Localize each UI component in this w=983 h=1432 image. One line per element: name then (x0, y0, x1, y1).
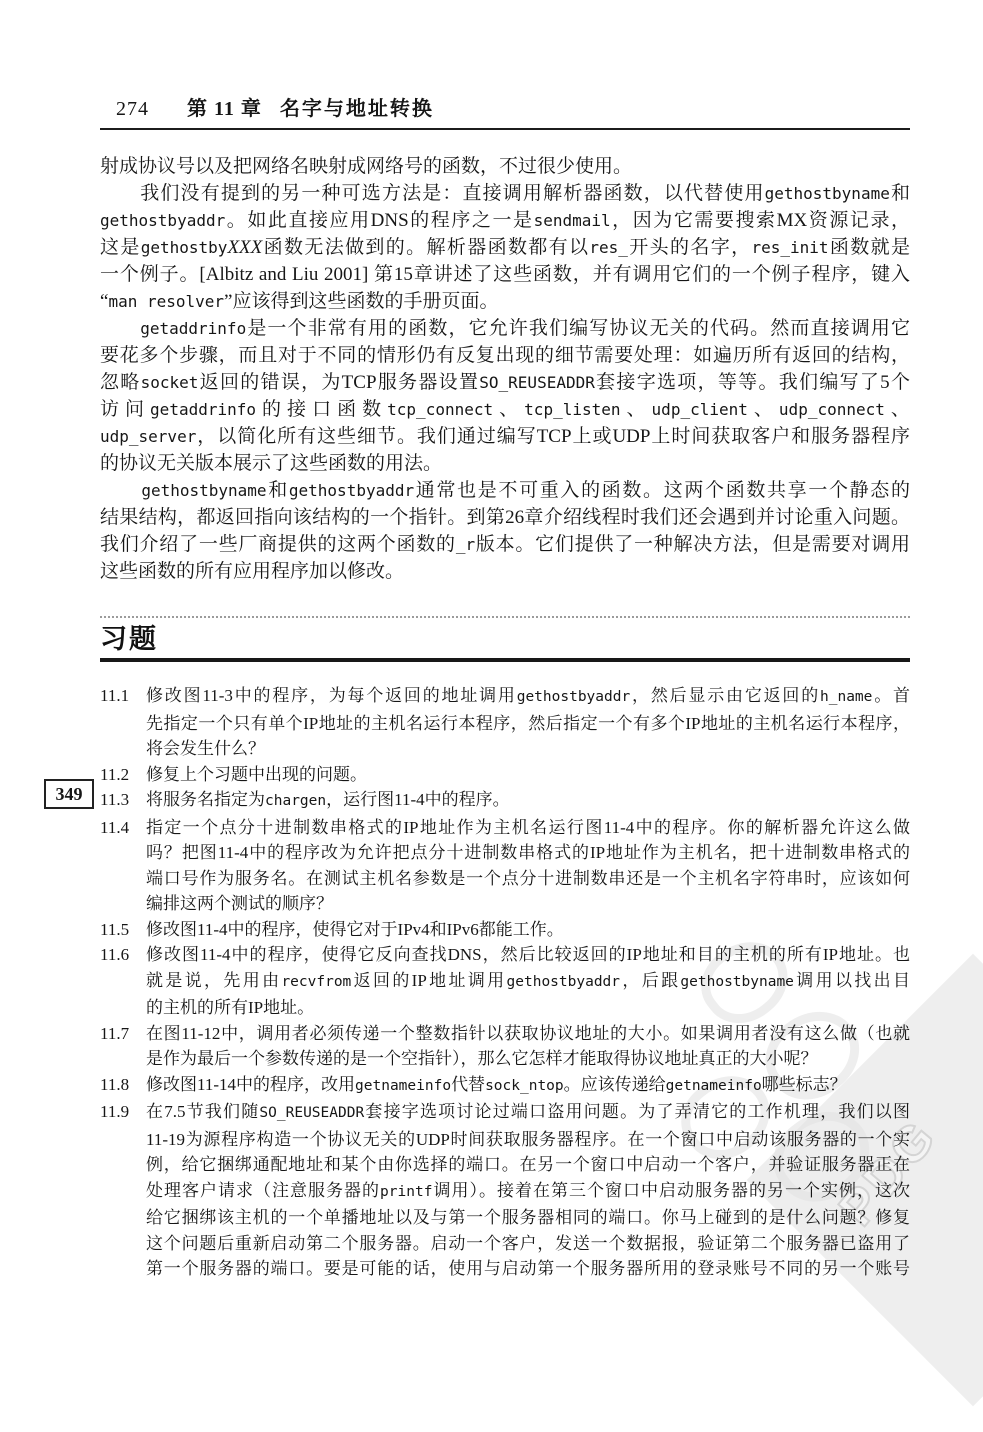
text-run: 修改图11-4中的程序，使得它反向查找DNS，然后比较返回的IP地址和目的主机的… (146, 945, 910, 964)
text-run: ，运行图11-4中的程序。 (326, 790, 510, 809)
page-number: 274 (116, 98, 149, 121)
text-run: 套接字选项，等等。我们编写了5个 (595, 372, 910, 393)
text-line: 给它捆绑该主机的一个单播地址以及与第一个服务器相同的端口。你马上碰到的是什么问题… (146, 1205, 910, 1231)
text-line: 我们介绍了一些厂商提供的这两个函数的_r版本。它们提供了一种解决方法，但是需要对… (100, 531, 910, 558)
text-run: 、 (621, 399, 652, 420)
code-text: gethostbyaddr (100, 211, 225, 230)
text-line: 编排这两个测试的顺序？ (146, 891, 910, 917)
code-text: tcp_listen (524, 400, 620, 419)
text-line: 在图11-12中，调用者必须传递一个整数指针以获取协议地址的大小。如果调用者没有… (146, 1021, 910, 1047)
text-run: 就是说，先用由 (146, 971, 281, 990)
text-run: 我们介绍了一些厂商提供的这两个函数的 (100, 534, 456, 555)
paragraph: 射成协议号以及把网络名映射成网络号的函数，不过很少使用。 (100, 153, 910, 180)
text-line: 11-19为源程序构造一个协议无关的UDP时间获取服务器程序。在一个窗口中启动该… (146, 1127, 910, 1153)
text-run: 结果结构，都返回指向该结构的一个指针。到第26章介绍线程时我们还会遇到并讨论重入… (100, 507, 910, 528)
text-run: 返回的错误，为TCP服务器设置 (198, 372, 479, 393)
text-line: 要花多个步骤，而且对于不同的情形仍有反复出现的细节需要处理：如遍历所有返回的结构… (100, 342, 910, 369)
code-text: udp_server (100, 427, 196, 446)
text-line: 结果结构，都返回指向该结构的一个指针。到第26章介绍线程时我们还会遇到并讨论重入… (100, 504, 910, 531)
text-run: 版本。它们提供了一种解决方法，但是需要对调用 (475, 534, 910, 555)
paragraph: gethostbyname和gethostbyaddr通常也是不可重入的函数。这… (100, 477, 910, 585)
text-run: 代替 (451, 1075, 485, 1094)
code-text: gethostbyname (680, 974, 794, 990)
code-text: chargen (265, 793, 326, 809)
code-text: recvfrom (281, 974, 351, 990)
text-line: 的协议无关版本展示了这些函数的用法。 (100, 450, 910, 477)
exercise-number: 11.4 (100, 815, 146, 917)
text-line: 将服务名指定为chargen，运行图11-4中的程序。 (146, 787, 910, 815)
text-line: 是作为最后一个参数传递的是一个空指针），那么它怎样才能取得协议地址真正的大小呢？ (146, 1046, 910, 1072)
text-line: gethostbyaddr。如此直接应用DNS的程序之一是sendmail，因为… (100, 207, 910, 234)
text-line: 处理客户请求（注意服务器的printf调用）。接着在第三个窗口中启动服务器的另一… (146, 1178, 910, 1206)
book-page: PDG 349 274 第 11 章 名字与地址转换 射成协议号以及把网络名映射… (0, 0, 983, 1432)
exercise-item-11.7: 11.7在图11-12中，调用者必须传递一个整数指针以获取协议地址的大小。如果调… (100, 1021, 910, 1072)
text-line: 忽略socket返回的错误，为TCP服务器设置SO_REUSEADDR套接字选项… (100, 369, 910, 396)
text-run: 我们没有提到的另一种可选方法是：直接调用解析器函数，以代替使用 (100, 183, 765, 204)
code-text: getaddrinfo (140, 319, 246, 338)
page-content: 274 第 11 章 名字与地址转换 射成协议号以及把网络名映射成网络号的函数，… (100, 92, 910, 1282)
exercise-number: 11.6 (100, 942, 146, 1021)
exercises-heading-rule: 习题 (100, 616, 910, 662)
exercise-number: 11.2 (100, 762, 146, 788)
text-run: 忽略 (100, 372, 141, 393)
code-text: gethostbyname (765, 184, 890, 203)
text-run: 将服务名指定为 (146, 790, 265, 809)
exercise-number: 11.5 (100, 917, 146, 943)
exercise-text: 修复上个习题中出现的问题。 (146, 762, 910, 788)
text-run (100, 318, 140, 339)
text-run: 、 (493, 399, 524, 420)
text-line: 访问getaddrinfo的接口函数tcp_connect、tcp_listen… (100, 396, 910, 423)
body-text: 射成协议号以及把网络名映射成网络号的函数，不过很少使用。 我们没有提到的另一种可… (100, 153, 910, 585)
code-text: _r (456, 535, 475, 554)
chapter-label: 第 11 章 (187, 92, 262, 121)
code-text: printf (380, 1184, 432, 1200)
paragraph: 我们没有提到的另一种可选方法是：直接调用解析器函数，以代替使用gethostby… (100, 180, 910, 315)
text-run: 是一个非常有用的函数，它允许我们编写协议无关的代码。然而直接调用它 (246, 318, 910, 339)
text-run: 、 (748, 399, 779, 420)
text-line: 先指定一个只有单个IP地址的主机名运行本程序，然后指定一个有多个IP地址的主机名… (146, 711, 910, 737)
text-run: 函数无法做到的。解析器函数都有以 (262, 237, 589, 258)
text-run: 处理客户请求（注意服务器的 (146, 1181, 380, 1200)
text-line: 例，给它捆绑通配地址和某个由你选择的端口。在另一个窗口中启动一个客户，并验证服务… (146, 1152, 910, 1178)
exercise-number: 11.3 (100, 787, 146, 815)
exercise-text: 修改图11-4中的程序，使得它对于IPv4和IPv6都能工作。 (146, 917, 910, 943)
exercise-item-11.5: 11.5修改图11-4中的程序，使得它对于IPv4和IPv6都能工作。 (100, 917, 910, 943)
code-text: tcp_connect (387, 400, 493, 419)
text-line: 修改图11-4中的程序，使得它反向查找DNS，然后比较返回的IP地址和目的主机的… (146, 942, 910, 968)
code-text: gethostby (141, 238, 228, 257)
code-text: sock_ntop (485, 1078, 564, 1094)
exercises-list: 11.1修改图11-3中的程序，为每个返回的地址调用gethostbyaddr，… (100, 683, 910, 1282)
exercise-text: 指定一个点分十进制数串格式的IP地址作为主机名运行图11-4中的程序。你的解析器… (146, 815, 910, 917)
code-text: h_name (820, 689, 872, 705)
text-line: 的主机的所有IP地址。 (146, 995, 910, 1021)
code-text: res_init (751, 238, 828, 257)
text-line: 吗？把图11-4中的程序改为允许把点分十进制数串格式的IP地址作为主机名，把十进… (146, 840, 910, 866)
text-run: 先指定一个只有单个IP地址的主机名运行本程序，然后指定一个有多个IP地址的主机名… (146, 714, 910, 733)
text-line: 修改图11-3中的程序，为每个返回的地址调用gethostbyaddr，然后显示… (146, 683, 910, 711)
paragraph: getaddrinfo是一个非常有用的函数，它允许我们编写协议无关的代码。然而直… (100, 315, 910, 477)
italic-text: XXX (227, 237, 262, 258)
exercise-number: 11.1 (100, 683, 146, 762)
text-run: 例，给它捆绑通配地址和某个由你选择的端口。在另一个窗口中启动一个客户，并验证服务… (146, 1155, 910, 1174)
text-line: 修复上个习题中出现的问题。 (146, 762, 910, 788)
code-text: socket (141, 373, 199, 392)
exercise-text: 在7.5节我们随SO_REUSEADDR套接字选项讨论过端口盗用问题。为了弄清它… (146, 1099, 910, 1282)
text-line: 这个问题后重新启动第二个服务器。启动一个客户，发送一个数据报，验证第二个服务器已… (146, 1231, 910, 1257)
text-run: 编排这两个测试的顺序？ (146, 894, 333, 913)
text-line: udp_server，以简化所有这些细节。我们通过编写TCP上或UDP上时间获取… (100, 423, 910, 450)
text-run: 11-19为源程序构造一个协议无关的UDP时间获取服务器程序。在一个窗口中启动该… (146, 1130, 910, 1149)
code-text: gethostbyaddr (517, 689, 631, 705)
text-run: 调用）。接着在第三个窗口中启动服务器的另一个实例，这次 (432, 1181, 910, 1200)
text-run: 吗？把图11-4中的程序改为允许把点分十进制数串格式的IP地址作为主机名，把十进… (146, 843, 910, 862)
code-text: SO_REUSEADDR (259, 1105, 364, 1121)
text-run: 的接口函数 (256, 399, 387, 420)
text-run: 这是 (100, 237, 141, 258)
code-text: res_ (589, 238, 628, 257)
text-line: 指定一个点分十进制数串格式的IP地址作为主机名运行图11-4中的程序。你的解析器… (146, 815, 910, 841)
exercises-section: 习题 11.1修改图11-3中的程序，为每个返回的地址调用gethostbyad… (100, 616, 910, 1282)
text-run: 。首 (872, 686, 910, 705)
text-line: 一个例子。[Albitz and Liu 2001] 第15章讲述了这些函数，并… (100, 261, 910, 288)
exercise-number: 11.7 (100, 1021, 146, 1072)
exercise-number: 11.8 (100, 1072, 146, 1100)
exercise-text: 修改图11-3中的程序，为每个返回的地址调用gethostbyaddr，然后显示… (146, 683, 910, 762)
exercise-item-11.3: 11.3将服务名指定为chargen，运行图11-4中的程序。 (100, 787, 910, 815)
text-run: 的协议无关版本展示了这些函数的用法。 (100, 453, 442, 474)
text-run: 是作为最后一个参数传递的是一个空指针），那么它怎样才能取得协议地址真正的大小呢？ (146, 1049, 818, 1068)
text-line: getaddrinfo是一个非常有用的函数，它允许我们编写协议无关的代码。然而直… (100, 315, 910, 342)
exercise-item-11.6: 11.6修改图11-4中的程序，使得它反向查找DNS，然后比较返回的IP地址和目… (100, 942, 910, 1021)
text-run: ，以简化所有这些细节。我们通过编写TCP上或UDP上时间获取客户和服务器程序 (196, 426, 910, 447)
text-run: 和 (890, 183, 910, 204)
text-line: 端口号作为服务名。在测试主机名参数是一个点分十进制数串还是一个主机名字符串时，应… (146, 866, 910, 892)
text-line: 就是说，先用由recvfrom返回的IP地址调用gethostbyaddr，后跟… (146, 968, 910, 996)
text-run: 这个问题后重新启动第二个服务器。启动一个客户，发送一个数据报，验证第二个服务器已… (146, 1234, 910, 1253)
text-run: 在图11-12中，调用者必须传递一个整数指针以获取协议地址的大小。如果调用者没有… (146, 1024, 910, 1043)
text-run: 调用以找出目 (794, 971, 910, 990)
exercise-text: 在图11-12中，调用者必须传递一个整数指针以获取协议地址的大小。如果调用者没有… (146, 1021, 910, 1072)
text-line: 在7.5节我们随SO_REUSEADDR套接字选项讨论过端口盗用问题。为了弄清它… (146, 1099, 910, 1127)
text-line: gethostbyname和gethostbyaddr通常也是不可重入的函数。这… (100, 477, 910, 504)
text-line: 这是gethostbyXXX函数无法做到的。解析器函数都有以res_开头的名字，… (100, 234, 910, 261)
code-text: udp_client (652, 400, 748, 419)
text-run: 和 (267, 480, 289, 501)
text-line: 射成协议号以及把网络名映射成网络号的函数，不过很少使用。 (100, 153, 910, 180)
code-text: gethostbyname (141, 481, 266, 500)
text-line: 修改图11-14中的程序，改用getnameinfo代替sock_ntop。应该… (146, 1072, 910, 1100)
text-run: ，因为它需要搜索MX资源记录， (611, 210, 910, 231)
code-text: SO_REUSEADDR (479, 373, 595, 392)
code-text: man resolver (108, 292, 224, 311)
exercise-item-11.4: 11.4指定一个点分十进制数串格式的IP地址作为主机名运行图11-4中的程序。你… (100, 815, 910, 917)
text-run: 在7.5节我们随 (146, 1102, 259, 1121)
text-run: 通常也是不可重入的函数。这两个函数共享一个静态的 (414, 480, 910, 501)
text-line: 修改图11-4中的程序，使得它对于IPv4和IPv6都能工作。 (146, 917, 910, 943)
text-run: 。如此直接应用DNS的程序之一是 (225, 210, 533, 231)
text-run: 给它捆绑该主机的一个单播地址以及与第一个服务器相同的端口。你马上碰到的是什么问题… (146, 1208, 910, 1227)
text-run: 要花多个步骤，而且对于不同的情形仍有反复出现的细节需要处理：如遍历所有返回的结构… (100, 345, 910, 366)
text-run: 修改图11-4中的程序，使得它对于IPv4和IPv6都能工作。 (146, 920, 564, 939)
exercise-item-11.9: 11.9在7.5节我们随SO_REUSEADDR套接字选项讨论过端口盗用问题。为… (100, 1099, 910, 1282)
chapter-title: 名字与地址转换 (280, 92, 434, 121)
text-run: ，后跟 (620, 971, 680, 990)
text-line: 第一个服务器的端口。要是可能的话，使用与启动第一个服务器所用的登录账号不同的另一… (146, 1256, 910, 1282)
text-run (100, 480, 141, 501)
code-text: getnameinfo (355, 1078, 451, 1094)
code-text: gethostbyaddr (289, 481, 414, 500)
exercises-heading: 习题 (100, 622, 910, 656)
code-text: getaddrinfo (150, 400, 256, 419)
exercise-number: 11.9 (100, 1099, 146, 1282)
text-run: 将会发生什么？ (146, 739, 265, 758)
text-run: ”应该得到这些函数的手册页面。 (224, 291, 498, 312)
text-run: 套接字选项讨论过端口盗用问题。为了弄清它的工作机理，我们以图 (364, 1102, 910, 1121)
running-head: 274 第 11 章 名字与地址转换 (100, 92, 910, 130)
text-run: 。应该传递给 (564, 1075, 666, 1094)
text-run: 修改图11-14中的程序，改用 (146, 1075, 355, 1094)
page-boundary-marker: 349 (44, 779, 94, 809)
code-text: getnameinfo (666, 1078, 762, 1094)
text-run: 函数就是 (829, 237, 910, 258)
text-line: “man resolver”应该得到这些函数的手册页面。 (100, 288, 910, 315)
text-run: 修改图11-3中的程序，为每个返回的地址调用 (146, 686, 517, 705)
text-run: 访问 (100, 399, 150, 420)
text-run: 哪些标志？ (762, 1075, 847, 1094)
code-text: gethostbyaddr (507, 974, 621, 990)
text-run: 、 (885, 399, 910, 420)
exercise-text: 将服务名指定为chargen，运行图11-4中的程序。 (146, 787, 910, 815)
exercise-item-11.1: 11.1修改图11-3中的程序，为每个返回的地址调用gethostbyaddr，… (100, 683, 910, 762)
text-run: 的主机的所有IP地址。 (146, 998, 314, 1017)
text-line: 这些函数的所有应用程序加以修改。 (100, 558, 910, 585)
page-boundary-number: 349 (56, 784, 83, 805)
exercise-text: 修改图11-14中的程序，改用getnameinfo代替sock_ntop。应该… (146, 1072, 910, 1100)
text-run: 返回的IP地址调用 (351, 971, 506, 990)
exercise-item-11.8: 11.8修改图11-14中的程序，改用getnameinfo代替sock_nto… (100, 1072, 910, 1100)
text-line: 我们没有提到的另一种可选方法是：直接调用解析器函数，以代替使用gethostby… (100, 180, 910, 207)
code-text: sendmail (534, 211, 611, 230)
text-run: 端口号作为服务名。在测试主机名参数是一个点分十进制数串还是一个主机名字符串时，应… (146, 869, 910, 888)
text-run: 开头的名字， (628, 237, 752, 258)
exercise-text: 修改图11-4中的程序，使得它反向查找DNS，然后比较返回的IP地址和目的主机的… (146, 942, 910, 1021)
text-run: 射成协议号以及把网络名映射成网络号的函数，不过很少使用。 (100, 156, 632, 177)
text-line: 将会发生什么？ (146, 736, 910, 762)
text-run: 修复上个习题中出现的问题。 (146, 765, 367, 784)
text-run: 第一个服务器的端口。要是可能的话，使用与启动第一个服务器所用的登录账号不同的另一… (146, 1259, 910, 1278)
text-run: 这些函数的所有应用程序加以修改。 (100, 561, 404, 582)
text-run: ，然后显示由它返回的 (630, 686, 820, 705)
text-run: 指定一个点分十进制数串格式的IP地址作为主机名运行图11-4中的程序。你的解析器… (146, 818, 910, 837)
exercise-item-11.2: 11.2修复上个习题中出现的问题。 (100, 762, 910, 788)
text-run: 一个例子。[Albitz and Liu 2001] 第15章讲述了这些函数，并… (100, 264, 910, 285)
code-text: udp_connect (779, 400, 885, 419)
